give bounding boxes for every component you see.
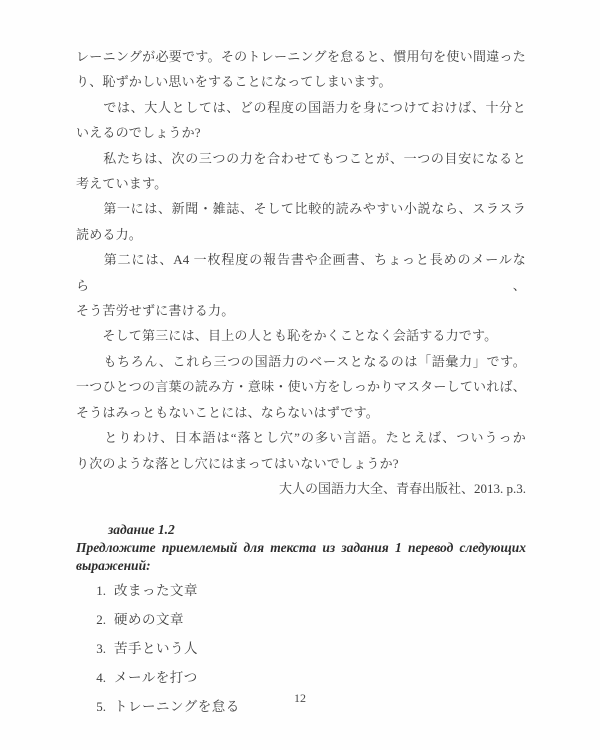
list-item-text: 改まった文章 xyxy=(114,582,198,599)
japanese-text-line: 私たちは、次の三つの力を合わせてもつことが、一つの目安になると xyxy=(76,146,526,171)
list-item: 3. 苦手という人 xyxy=(76,640,526,657)
task-heading: задание 1.2 xyxy=(108,521,526,539)
list-item-text: 硬めの文章 xyxy=(114,611,184,628)
japanese-text-line: 第一には、新聞・雑誌、そして比較的読みやすい小説なら、スラスラ xyxy=(76,196,526,221)
document-page: レーニングが必要です。そのトレーニングを怠ると、慣用句を使い間違った り、恥ずか… xyxy=(0,0,600,750)
japanese-text-line: とりわけ、日本語は“落とし穴”の多い言語。たとえば、ついうっか xyxy=(76,425,526,450)
japanese-text-line: 読める力。 xyxy=(76,222,526,247)
japanese-text-line: そう苦労せずに書ける力。 xyxy=(76,298,526,323)
japanese-text-line: そして第三には、目上の人とも恥をかくことなく会話する力です。 xyxy=(76,323,526,348)
list-item-text: 苦手という人 xyxy=(114,640,198,657)
list-item: 2. 硬めの文章 xyxy=(76,611,526,628)
list-item-number: 2. xyxy=(90,611,106,628)
japanese-text-line: 第二には、A4 一枚程度の報告書や企画書、ちょっと長めのメールなら、 xyxy=(76,247,526,298)
page-content: レーニングが必要です。そのトレーニングを怠ると、慣用句を使い間違った り、恥ずか… xyxy=(76,44,526,727)
task-instruction-line: выражений: xyxy=(76,557,526,575)
japanese-reading-text: レーニングが必要です。そのトレーニングを怠ると、慣用句を使い間違った り、恥ずか… xyxy=(76,44,526,476)
japanese-text-line: もちろん、これら三つの国語力のベースとなるのは「語彙力」です。 xyxy=(76,349,526,374)
task-instruction-line: Предложите приемлемый для текста из зада… xyxy=(76,539,526,557)
japanese-text-line: 一つひとつの言葉の読み方・意味・使い方をしっかりマスターしていれば、 xyxy=(76,374,526,399)
japanese-text-line: り、恥ずかしい思いをすることになってしまいます。 xyxy=(76,69,526,94)
japanese-text-line: いえるのでしょうか? xyxy=(76,120,526,145)
japanese-text-line: り次のような落とし穴にはまってはいないでしょうか? xyxy=(76,451,526,476)
japanese-text-line: 考えています。 xyxy=(76,171,526,196)
page-number: 12 xyxy=(0,691,600,706)
list-item: 4. メールを打つ xyxy=(76,669,526,686)
japanese-text-line: レーニングが必要です。そのトレーニングを怠ると、慣用句を使い間違った xyxy=(76,44,526,69)
list-item-number: 3. xyxy=(90,640,106,657)
list-item: 1. 改まった文章 xyxy=(76,582,526,599)
list-item-number: 4. xyxy=(90,669,106,686)
list-item-text: メールを打つ xyxy=(114,669,198,686)
source-citation: 大人の国語力大全、青春出版社、2013. p.3. xyxy=(76,476,526,501)
japanese-text-line: そうはみっともないことには、ならないはずです。 xyxy=(76,400,526,425)
list-item-number: 1. xyxy=(90,582,106,599)
japanese-text-line: では、大人としては、どの程度の国語力を身につけておけば、十分と xyxy=(76,95,526,120)
